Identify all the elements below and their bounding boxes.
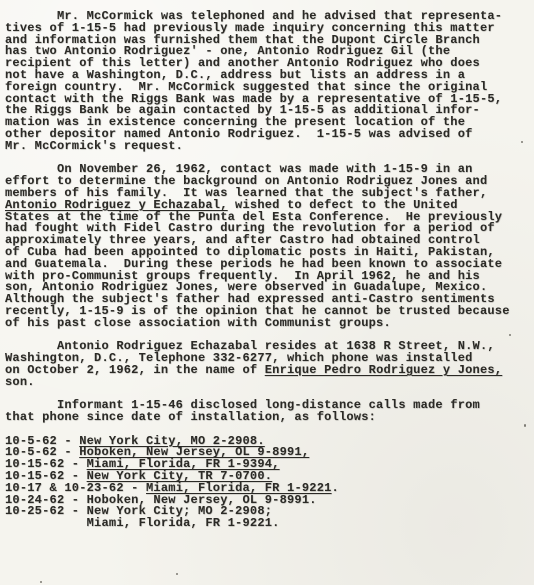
text-segment: Mr. McCormick's request. <box>5 139 183 153</box>
text-segment: of his past close association with Commu… <box>5 316 391 330</box>
text-line: Mr. McCormick's request. <box>5 141 531 153</box>
scan-speck <box>509 334 511 336</box>
text-segment: . <box>332 481 339 495</box>
scan-speck <box>176 573 178 575</box>
text-line: of his past close association with Commu… <box>5 318 531 330</box>
text-segment: that phone since date of installation, a… <box>5 410 376 424</box>
scan-speck <box>524 424 526 427</box>
scan-speck <box>521 141 523 143</box>
scan-speck <box>40 581 42 583</box>
paragraph-residence: Antonio Rodriguez Echazabal resides at 1… <box>5 341 531 388</box>
paragraph-mccormick: Mr. McCormick was telephoned and he advi… <box>5 11 531 153</box>
paragraph-informant: Informant 1-15-46 disclosed long-distanc… <box>5 400 531 424</box>
call-list: 10-5-62 - New York City, MO 2-2908.10-5-… <box>5 436 531 530</box>
scanned-document-page: Mr. McCormick was telephoned and he advi… <box>0 0 534 585</box>
text-line: on October 2, 1962, in the name of Enriq… <box>5 365 531 377</box>
document-body: Mr. McCormick was telephoned and he advi… <box>0 0 534 585</box>
text-line: Miami, Florida, FR 1-9221. <box>5 518 531 530</box>
text-line: son. <box>5 377 531 389</box>
text-line: that phone since date of installation, a… <box>5 412 531 424</box>
paragraph-background: On November 26, 1962, contact was made w… <box>5 164 531 329</box>
underlined-text: Enrique Pedro Rodriguez y Jones, <box>265 363 502 377</box>
text-segment: on October 2, 1962, in the name of <box>5 363 265 377</box>
text-segment: Miami, Florida, FR 1-9221. <box>5 516 280 530</box>
text-segment: son. <box>5 375 35 389</box>
